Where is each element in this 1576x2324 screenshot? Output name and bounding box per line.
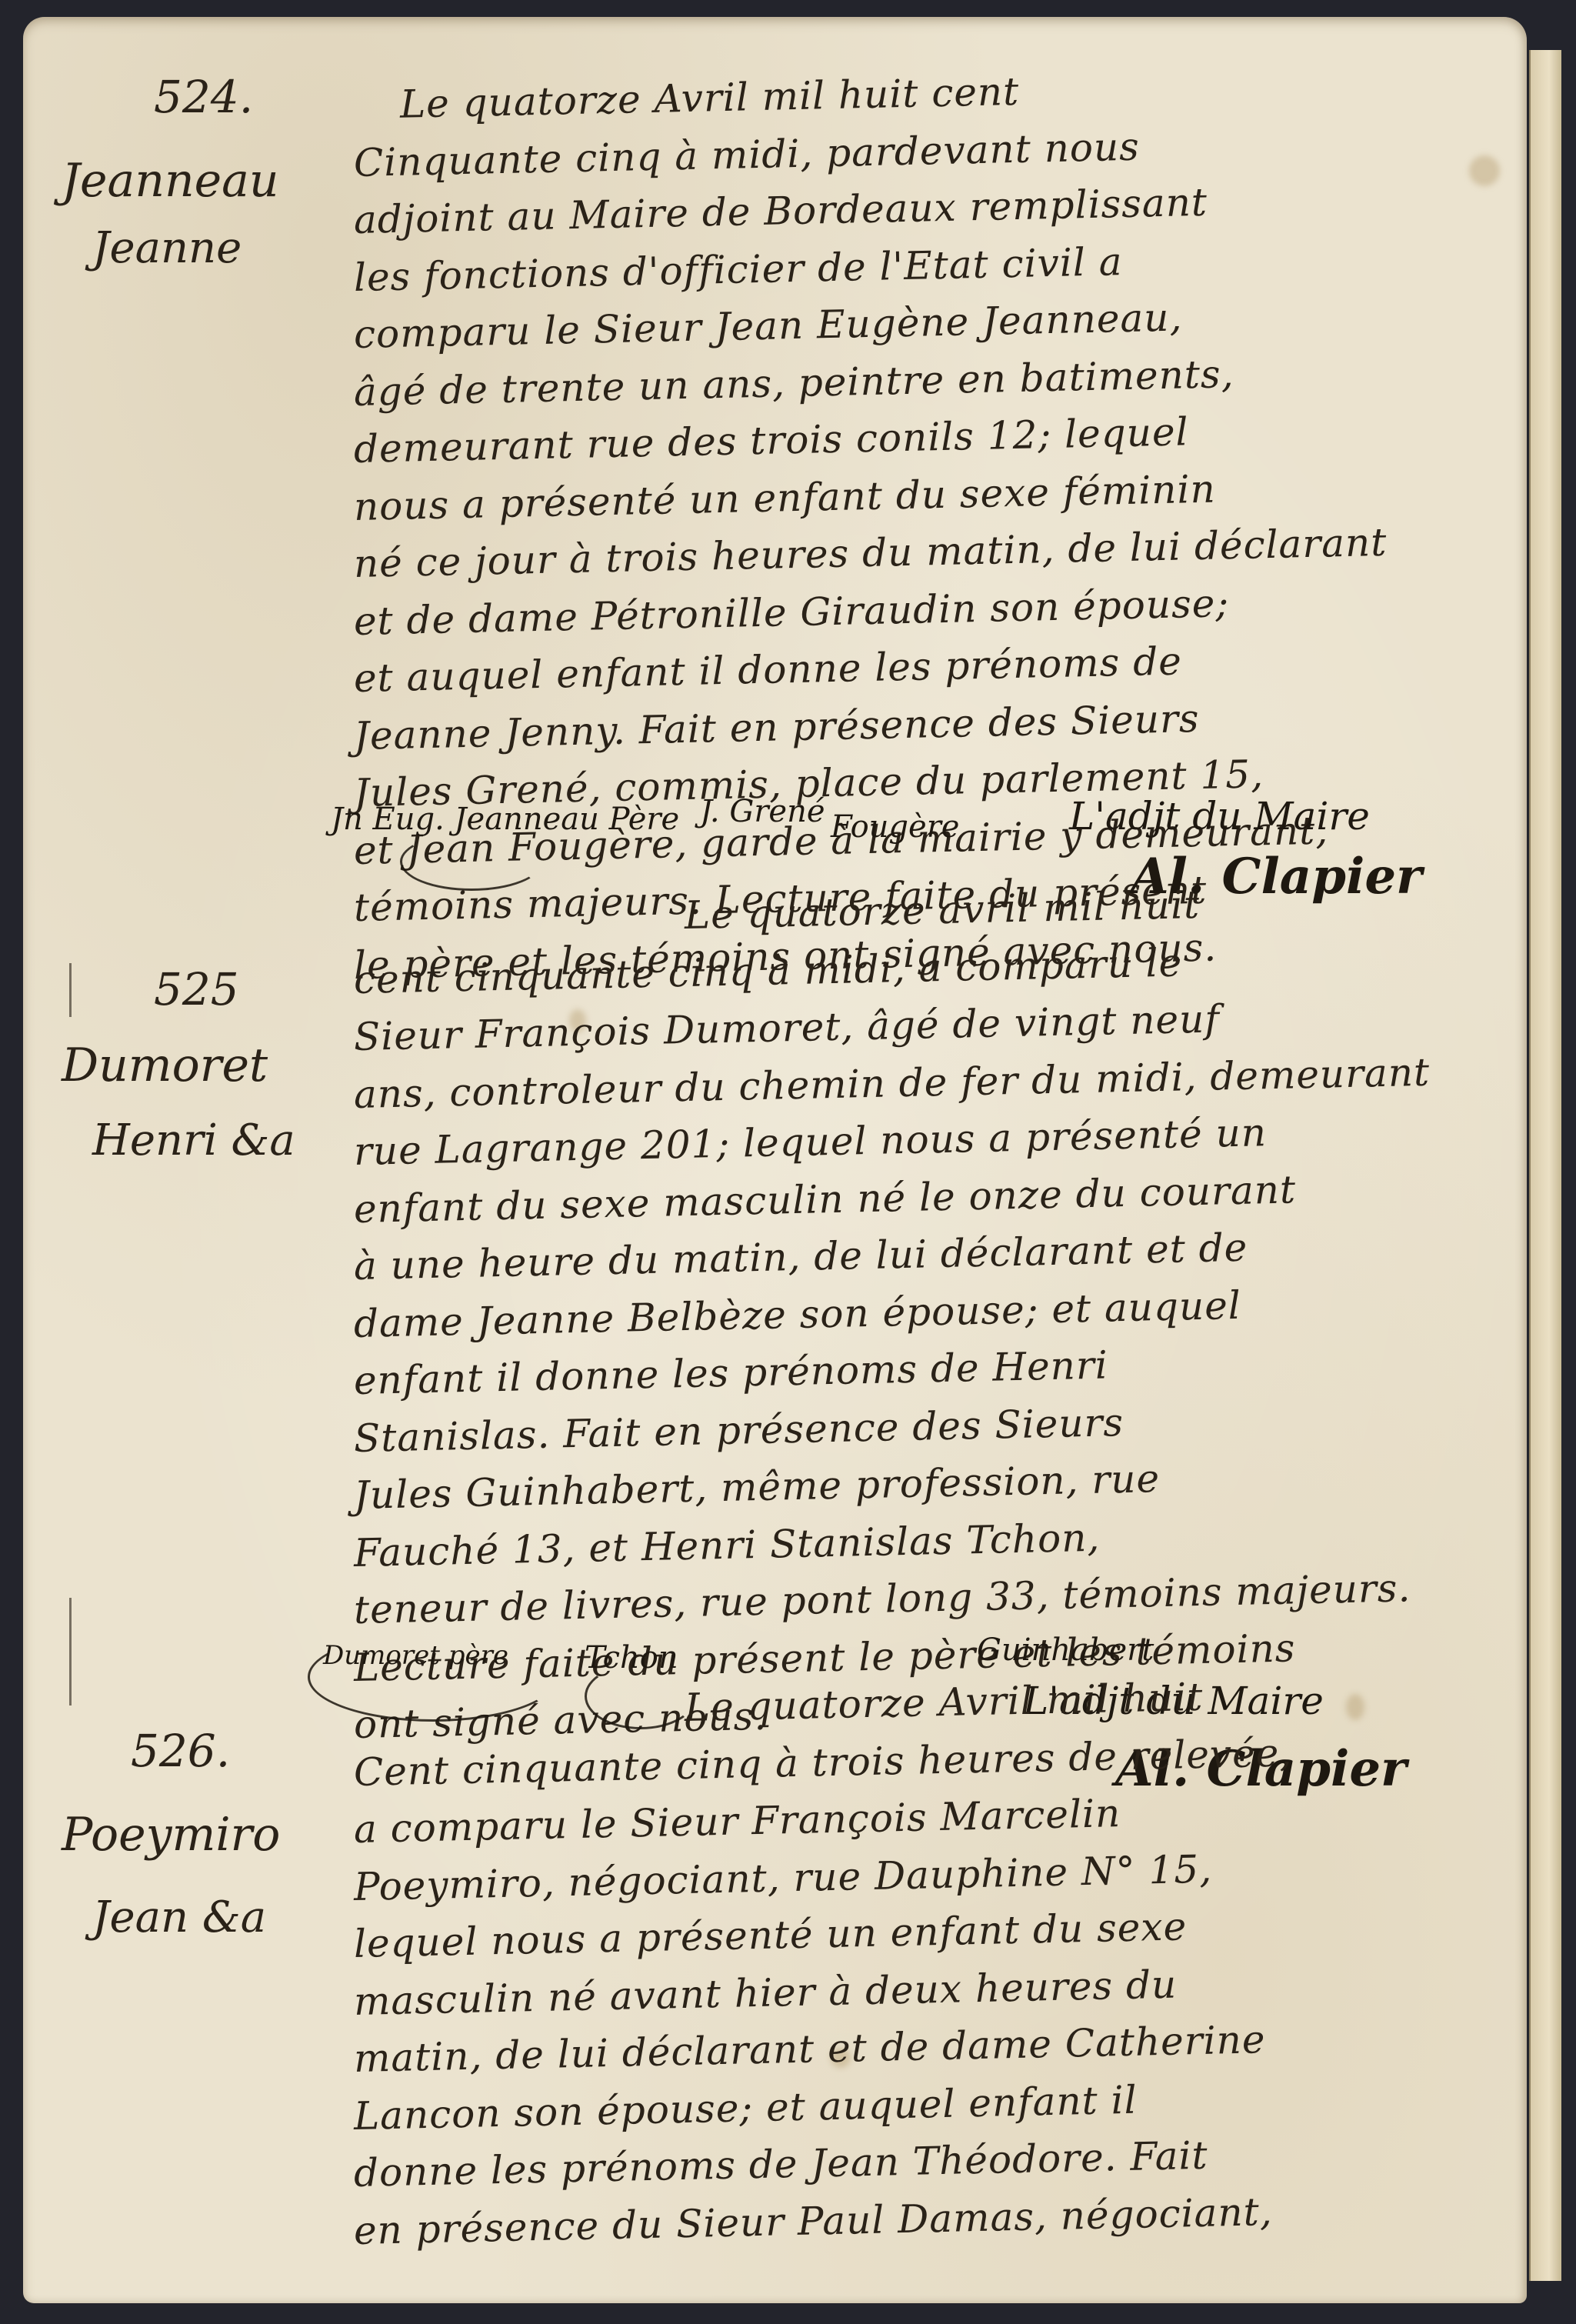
officer-title: L'adjt du Maire	[1069, 794, 1370, 839]
margin-annotation: 525 Dumoret Henri &a	[62, 963, 354, 1165]
witness-signature: J. Grené	[700, 794, 825, 829]
entry-number: 526.	[131, 1725, 354, 1777]
margin-rule	[69, 1598, 72, 1705]
margin-surname: Dumoret	[62, 1039, 354, 1092]
margin-given-name: Jean &a	[92, 1892, 354, 1942]
witness-signature: Fougère	[831, 809, 959, 845]
margin-given-name: Jeanne	[92, 223, 354, 273]
entry-text: Le quatorze Avril mil huit Cent cinquant…	[354, 1686, 1523, 2259]
margin-annotation: 524. Jeanneau Jeanne	[62, 71, 354, 273]
witness-signature: Guinhabert	[977, 1632, 1154, 1668]
signature-flourish	[400, 832, 543, 891]
margin-surname: Jeanneau	[62, 154, 354, 208]
margin-surname: Poeymiro	[62, 1808, 354, 1862]
entry-number: 525	[154, 963, 354, 1015]
register-page: 524. Jeanneau Jeanne Le quatorze Avril m…	[23, 17, 1527, 2303]
book-binding-edge	[1529, 50, 1561, 2281]
margin-given-name: Henri &a	[92, 1115, 354, 1165]
entry-number: 524.	[154, 71, 354, 123]
father-signature: Jn Eug. Jeanneau Père	[331, 802, 679, 837]
margin-annotation: 526. Poeymiro Jean &a	[62, 1725, 354, 1942]
entry-text: Le quatorze avril mil huit cent cinquant…	[354, 894, 1523, 1754]
